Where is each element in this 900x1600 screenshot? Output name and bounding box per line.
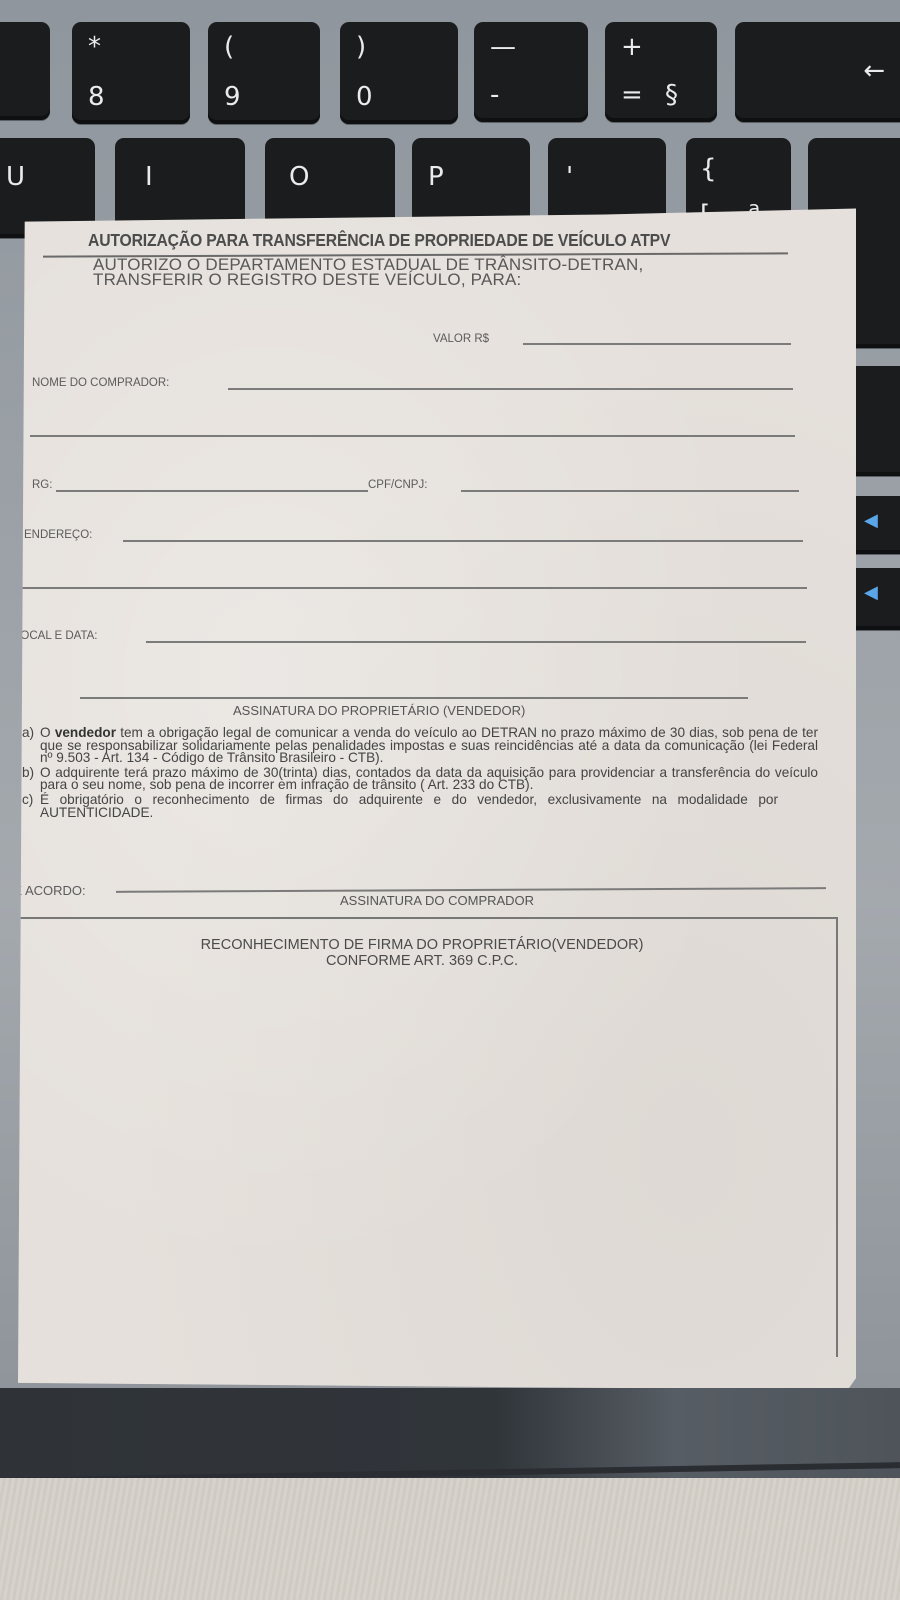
key-digit: - (490, 82, 499, 108)
note-marker: b) (22, 767, 34, 780)
key-symbol: * (88, 34, 101, 60)
notary-box-line-2: CONFORME ART. 369 C.P.C. (8, 953, 836, 969)
backspace-arrow-icon: ← (863, 58, 885, 84)
key-backspace: ← (735, 22, 900, 122)
note-a: a)O vendedor tem a obrigação legal de co… (18, 727, 818, 765)
note-text: tem a obrigação legal de comunicar a ven… (40, 725, 818, 765)
speaker-icon: ◀ (864, 512, 878, 530)
notary-recognition-box: RECONHECIMENTO DE FIRMA DO PROPRIETÁRIO(… (8, 917, 838, 1357)
key-symbol: + (621, 34, 643, 60)
key-symbol: ' (566, 164, 573, 190)
note-marker: a) (22, 727, 34, 740)
cpf-cnpj-label: CPF/CNPJ: (368, 479, 427, 491)
notary-box-line-1: RECONHECIMENTO DE FIRMA DO PROPRIETÁRIO(… (8, 937, 836, 953)
valor-label: VALOR R$ (433, 333, 489, 345)
note-b: b)O adquirente terá prazo máximo de 30(t… (18, 767, 818, 792)
seller-signature-line[interactable] (80, 697, 748, 699)
key-equals: + = § (605, 22, 717, 122)
legal-notes: a)O vendedor tem a obrigação legal de co… (18, 727, 818, 821)
key-symbol: ) (356, 34, 366, 60)
rg-label: RG: (32, 479, 52, 491)
buyer-name-label: NOME DO COMPRADOR: (32, 377, 169, 389)
buyer-signature-line[interactable] (116, 887, 826, 893)
note-marker: c) (22, 794, 33, 807)
key-symbol: { (700, 156, 717, 182)
key-minus: — - (474, 22, 588, 122)
document-title: AUTORIZAÇÃO PARA TRANSFERÊNCIA DE PROPRI… (88, 230, 670, 251)
atpv-form-document: AUTORIZAÇÃO PARA TRANSFERÊNCIA DE PROPRI… (18, 205, 856, 1390)
key-digit: 8 (88, 84, 105, 110)
buyer-name-field-continued[interactable] (30, 435, 795, 437)
authorization-statement: AUTORIZO O DEPARTAMENTO ESTADUAL DE TRÂN… (93, 257, 643, 287)
address-label: ENDEREÇO: (24, 529, 92, 541)
key-8: * 8 (72, 22, 190, 124)
rg-field[interactable] (56, 490, 368, 492)
tabletop-surface (0, 1478, 900, 1600)
valor-field[interactable] (523, 343, 791, 345)
place-date-field[interactable] (146, 641, 806, 643)
place-date-label: LOCAL E DATA: (14, 630, 98, 642)
note-text: É obrigatório o reconhecimento de firmas… (40, 792, 778, 820)
key-letter: U (6, 164, 25, 190)
buyer-name-field[interactable] (228, 388, 793, 390)
speaker-icon: ◀ (864, 584, 878, 602)
address-field[interactable] (123, 540, 803, 542)
key-letter: P (428, 164, 444, 190)
buyer-signature-caption: ASSINATURA DO COMPRADOR (340, 893, 534, 908)
note-c: c)É obrigatório o reconhecimento de firm… (18, 794, 818, 819)
key-9: ( 9 (208, 22, 320, 124)
key-digit: 0 (356, 84, 373, 110)
authorization-line-2: TRANSFERIR O REGISTRO DESTE VEÍCULO, PAR… (93, 272, 643, 287)
notary-box-title: RECONHECIMENTO DE FIRMA DO PROPRIETÁRIO(… (8, 937, 836, 969)
note-text: O adquirente terá prazo máximo de 30(tri… (40, 765, 818, 793)
key-0: ) 0 (340, 22, 458, 124)
key-digit: = (621, 82, 643, 108)
key-partial (0, 22, 50, 120)
key-digit: 9 (224, 84, 241, 110)
key-symbol: ( (224, 34, 234, 60)
cpf-cnpj-field[interactable] (461, 490, 799, 492)
key-letter: O (289, 164, 309, 190)
address-field-continued[interactable] (22, 587, 807, 589)
key-extra-symbol: § (665, 82, 678, 108)
key-symbol: — (490, 34, 516, 60)
key-letter: I (145, 164, 153, 190)
seller-signature-caption: ASSINATURA DO PROPRIETÁRIO (VENDEDOR) (233, 703, 525, 718)
